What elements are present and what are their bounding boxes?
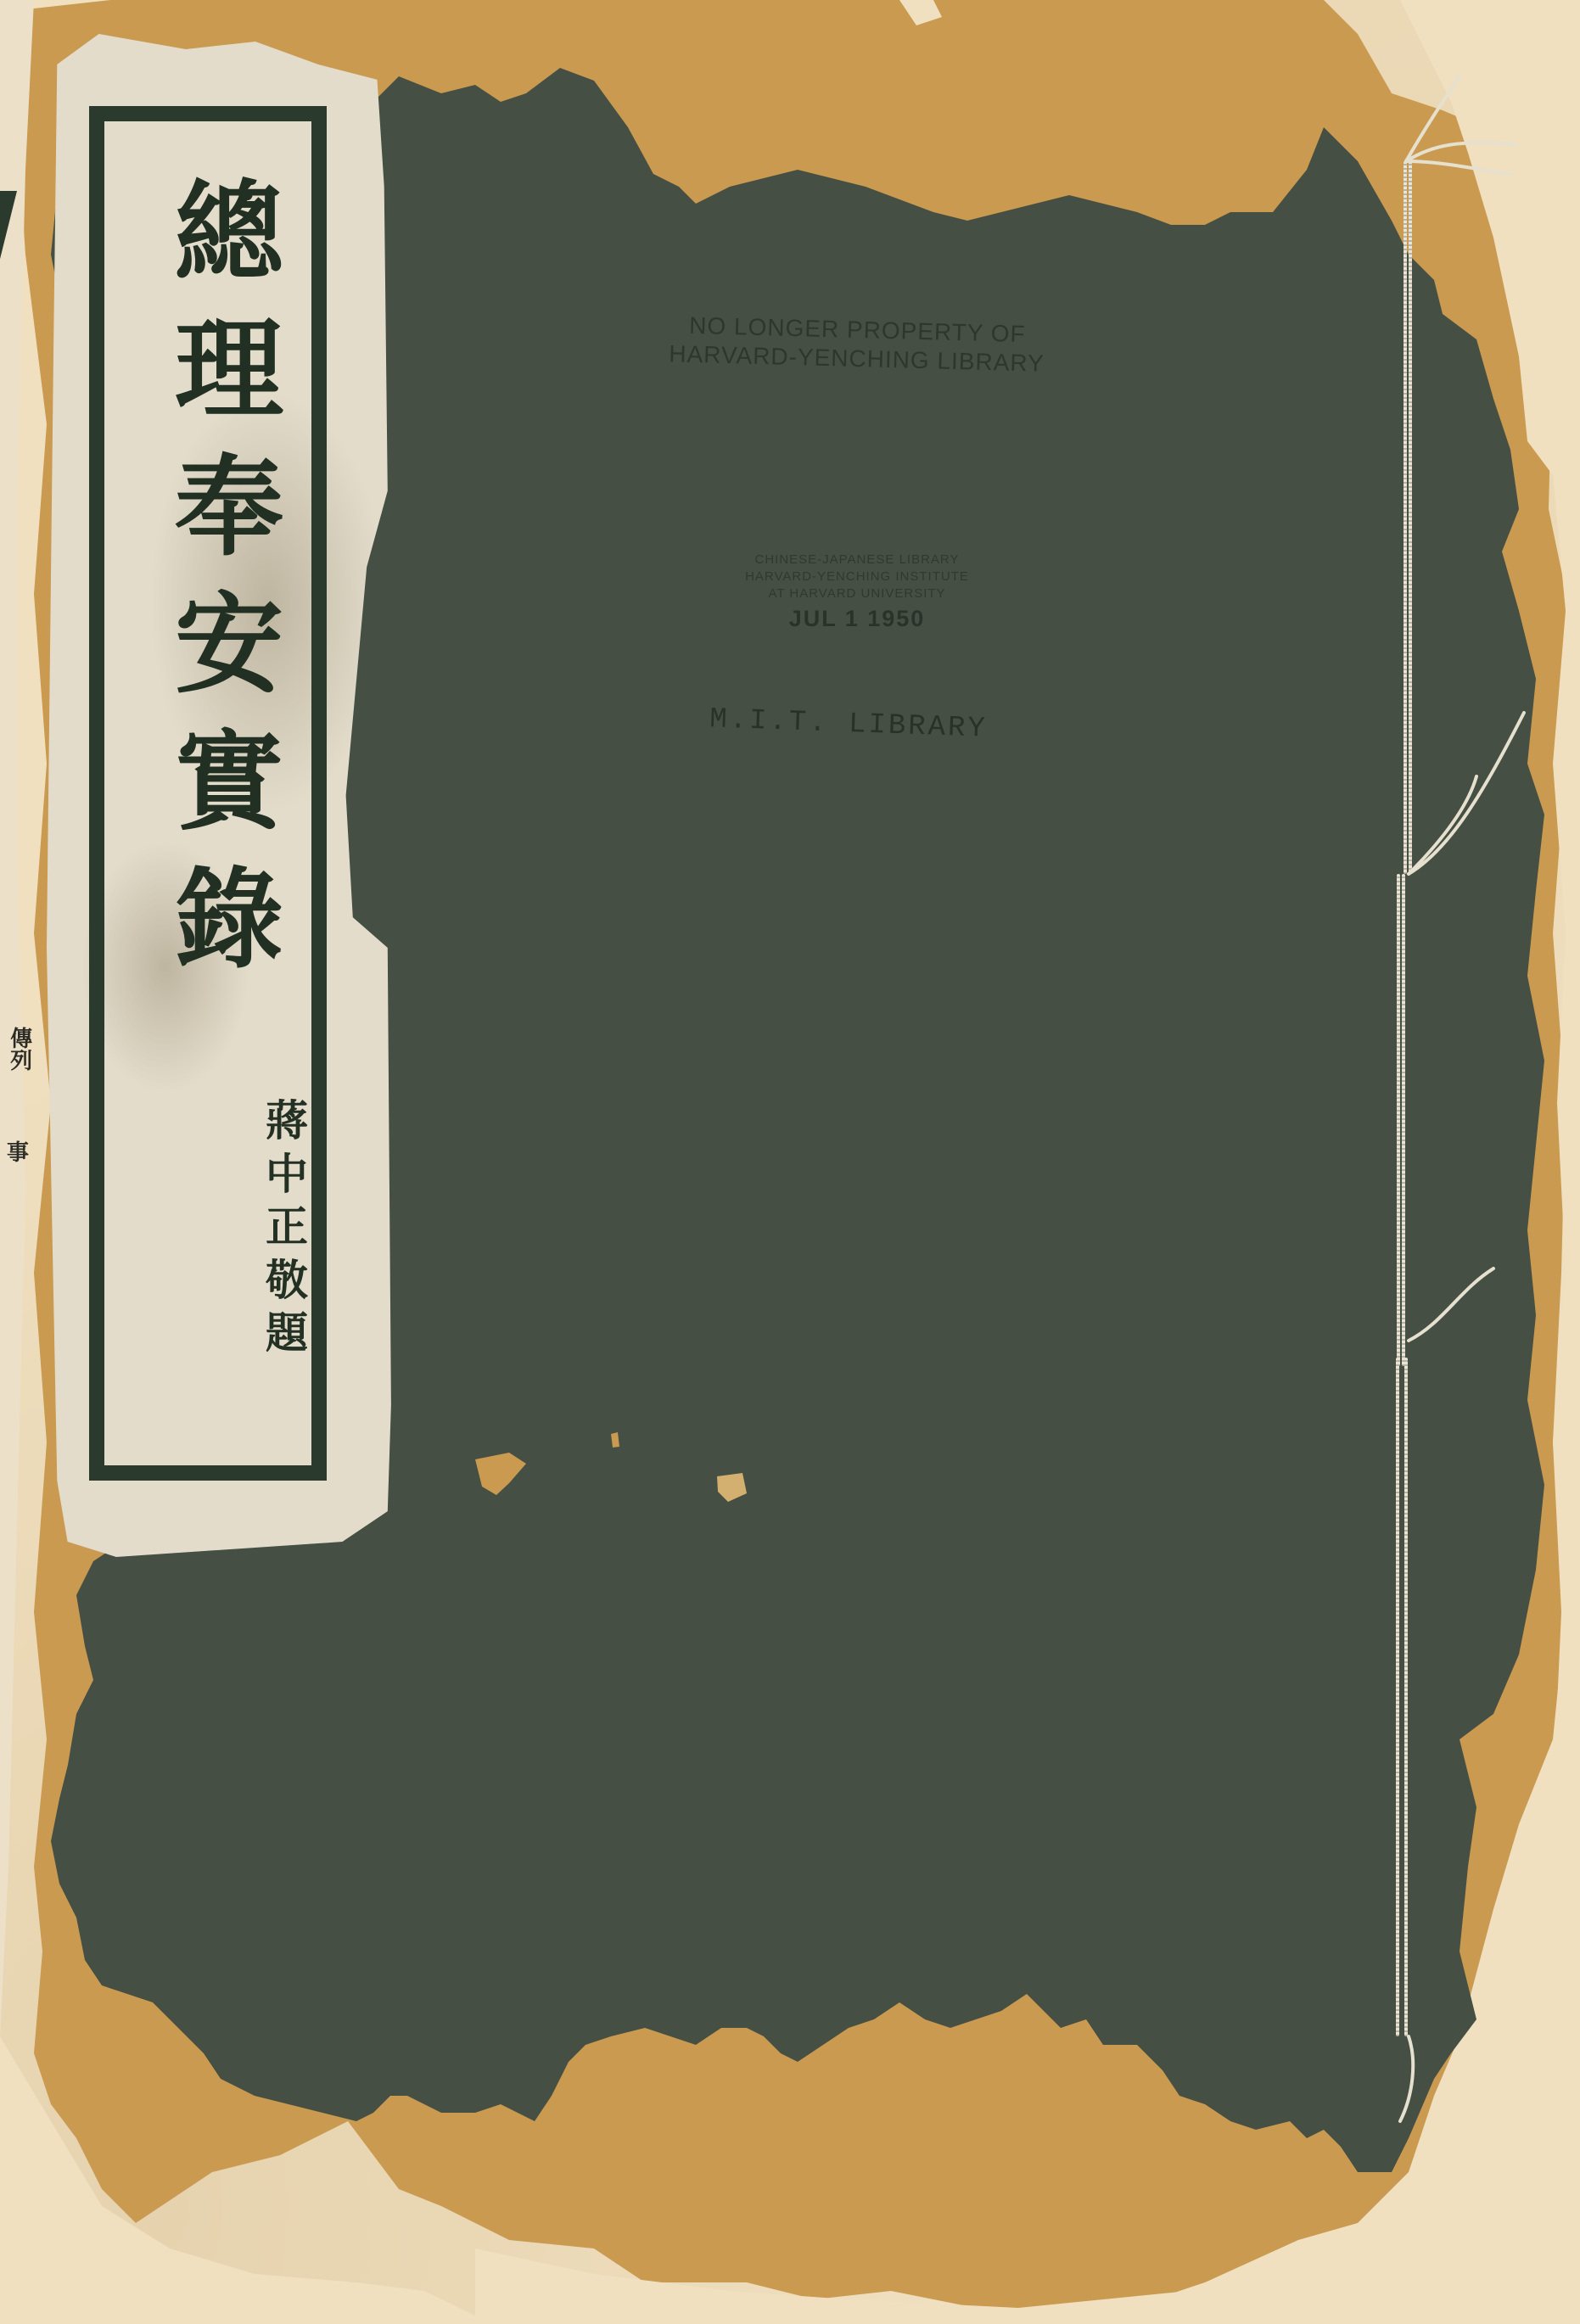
book-cover-scan: 傳列 事 總 理 奉 安 實 錄 蔣 中 正 敬 題 NO LONGER PRO… [0,0,1580,2324]
loose-thread-ends [0,0,1580,2324]
